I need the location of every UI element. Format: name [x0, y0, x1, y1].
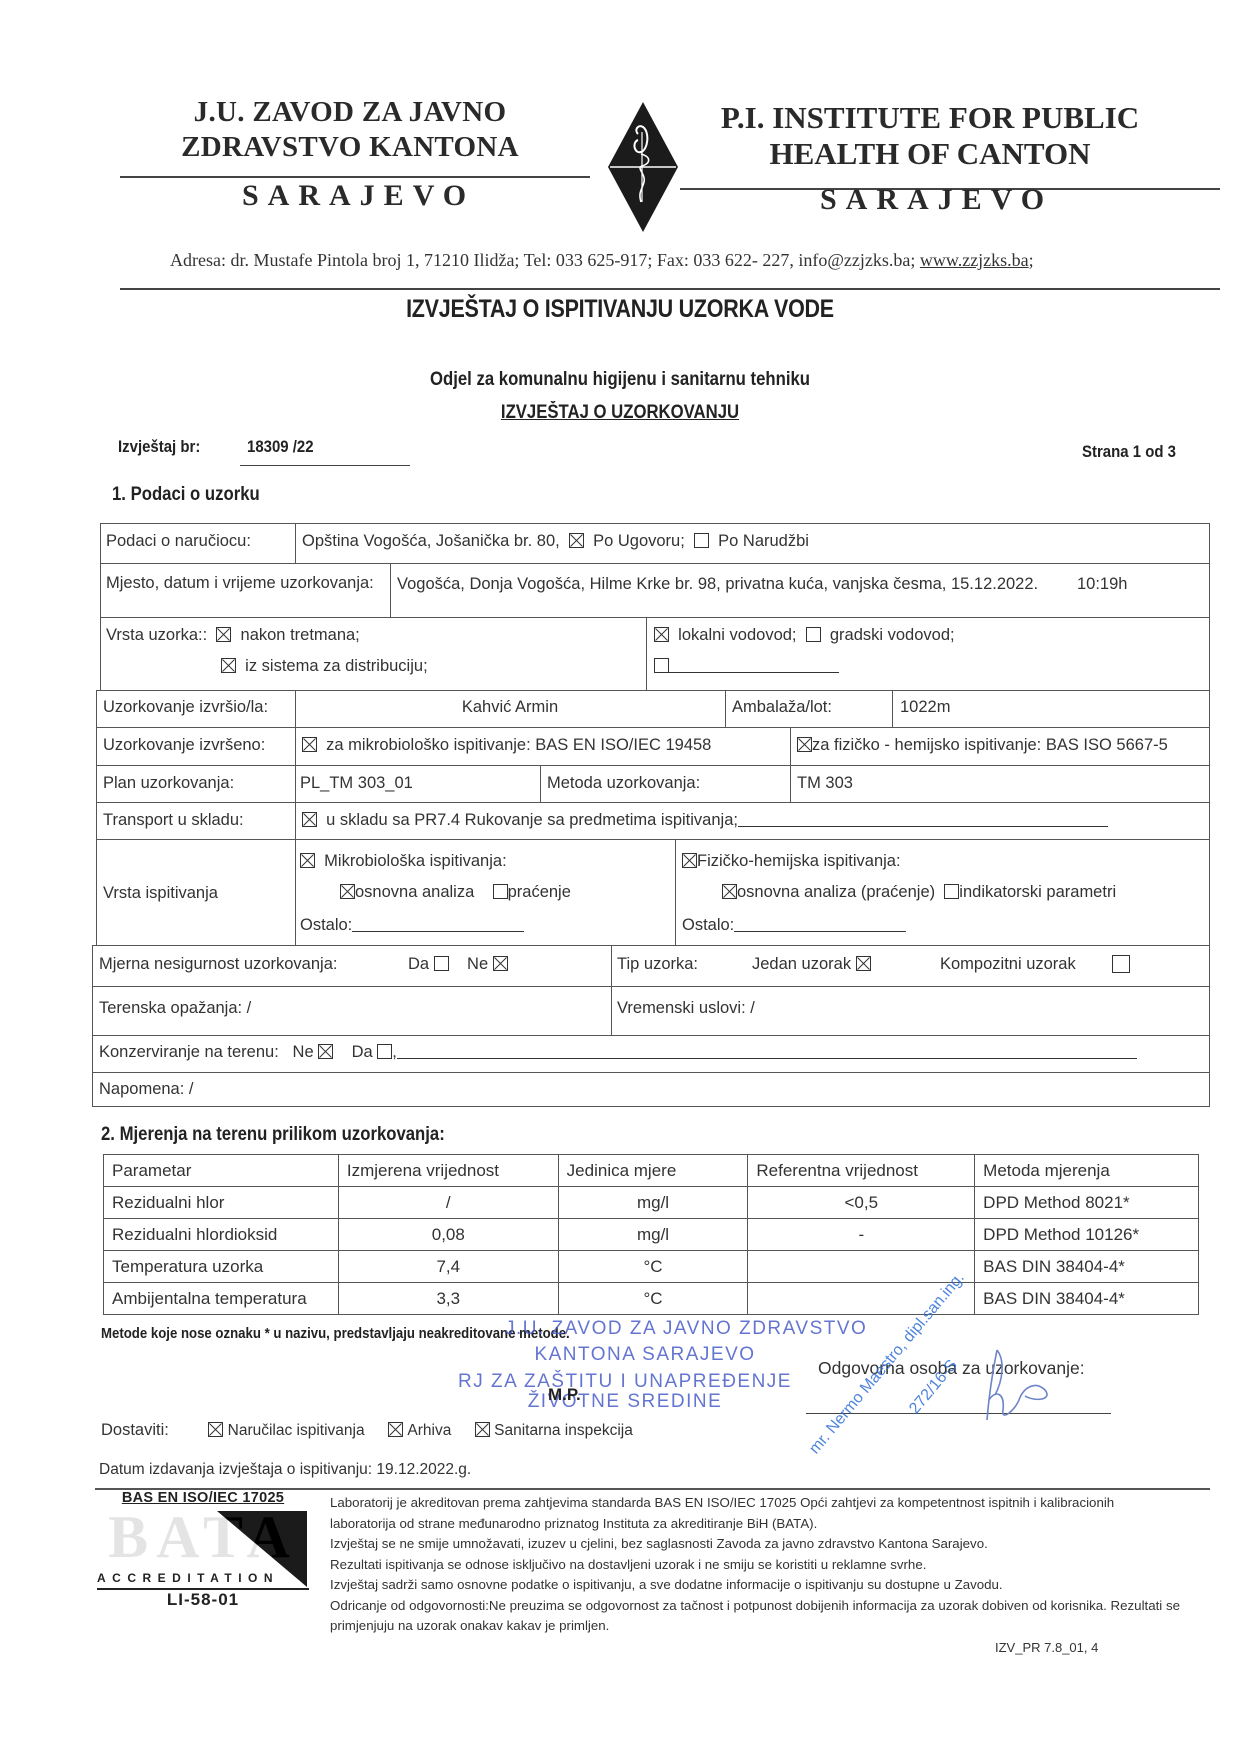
table-cell: <0,5	[748, 1187, 975, 1219]
client-value: Opština Vogošća, Jošanička br. 80, Po Ug…	[302, 532, 809, 551]
place-value: Vogošća, Donja Vogošća, Hilme Krke br. 9…	[397, 575, 1038, 594]
composite-checkbox-wrap	[1112, 955, 1130, 976]
table-cell: 7,4	[338, 1251, 558, 1283]
table-cell: 0,08	[338, 1219, 558, 1251]
table-row: Temperatura uzorka7,4°CBAS DIN 38404-4*	[104, 1251, 1199, 1283]
stamp-placeholder-mp: M.P.	[548, 1385, 581, 1405]
phys-other-field: Ostalo:	[682, 916, 906, 935]
checkbox-transport[interactable]	[302, 812, 317, 827]
water-supply-field: lokalni vodovod; gradski vodovod;	[654, 626, 955, 645]
legal-notice-line: Rezultati ispitivanja se odnose isključi…	[330, 1555, 1210, 1576]
website-suffix: ;	[1029, 250, 1034, 270]
institution-stamp: J.U. ZAVOD ZA JAVNO ZDRAVSTVO KANTONA SA…	[465, 1318, 825, 1413]
uncertainty-no-label: Ne	[467, 955, 488, 973]
measurements-table: ParametarIzmjerena vrijednostJedinica mj…	[103, 1154, 1199, 1315]
checkbox-composite-sample[interactable]	[1112, 955, 1130, 973]
phys-tests-label: Fizičko-hemijska ispitivanja:	[697, 852, 901, 870]
stamp-line3: RJ ZA ZAŠTITU I UNAPREĐENJE	[425, 1371, 825, 1393]
table-cell: °C	[558, 1283, 748, 1315]
place-time: 10:19h	[1077, 575, 1127, 594]
right-city: SARAJEVO	[820, 183, 1053, 217]
option-lokalni-vodovod: lokalni vodovod;	[678, 626, 796, 644]
column-header: Jedinica mjere	[558, 1155, 748, 1187]
micro-tests-label: Mikrobiološka ispitivanja:	[324, 852, 507, 870]
checkbox-phys-indicator[interactable]	[944, 884, 959, 899]
stamp-line1: J.U. ZAVOD ZA JAVNO ZDRAVSTVO	[505, 1318, 825, 1340]
section1-heading: 1. Podaci o uzorku	[112, 484, 260, 506]
sampling-micro-field: za mikrobiološko ispitivanje: BAS EN ISO…	[302, 736, 711, 755]
checkbox-micro-sampling[interactable]	[302, 737, 317, 752]
note: Napomena: /	[99, 1080, 193, 1099]
micro-other-label: Ostalo:	[300, 916, 352, 934]
report-number-underline	[240, 465, 410, 466]
left-city: SARAJEVO	[242, 179, 475, 213]
micro-tests-field: Mikrobiološka ispitivanja:	[300, 852, 507, 871]
option-gradski-vodovod: gradski vodovod;	[830, 626, 955, 644]
table-cell: /	[338, 1187, 558, 1219]
option-phys-basic: osnovna analiza (praćenje)	[737, 883, 935, 901]
bata-wordmark: BATA	[97, 1503, 309, 1572]
institution-name-line2: ZDRAVSTVO KANTONA	[150, 130, 550, 165]
transport-value: u skladu sa PR7.4 Rukovanje sa predmetim…	[326, 811, 738, 829]
phys-other-input[interactable]	[734, 917, 906, 932]
divider	[540, 765, 541, 803]
checkbox-single-sample[interactable]	[856, 956, 871, 971]
plan-label: Plan uzorkovanja:	[103, 774, 234, 793]
bata-mark: BATA	[97, 1509, 309, 1565]
option-micro-basic: osnovna analiza	[355, 883, 474, 901]
plan-value: PL_TM 303_01	[300, 774, 413, 793]
report-number: 18309 /22	[247, 437, 314, 457]
table-cell: DPD Method 10126*	[975, 1219, 1199, 1251]
divider	[611, 945, 612, 987]
delivery-row: Dostaviti: Naručilac ispitivanja Arhiva …	[101, 1421, 633, 1440]
water-supply-other	[654, 657, 839, 676]
phys-tests-field: Fizičko-hemijska ispitivanja:	[682, 852, 901, 871]
institution-name-line1: J.U. ZAVOD ZA JAVNO	[150, 95, 550, 130]
divider	[390, 563, 391, 618]
phys-options: osnovna analiza (praćenje) indikatorski …	[722, 883, 1116, 902]
report-subtitle: IZVJEŠTAJ O UZORKOVANJU	[74, 402, 1165, 424]
sample-type-label: Vrsta uzorka::	[106, 626, 207, 644]
package-label: Ambalaža/lot:	[732, 698, 832, 717]
uncertainty-options: Da Ne	[408, 955, 508, 974]
address-text: Adresa: dr. Mustafe Pintola broj 1, 7121…	[170, 250, 920, 270]
delivery-label: Dostaviti:	[101, 1421, 169, 1439]
table-cell: Rezidualni hlor	[104, 1187, 339, 1219]
legal-notice-line: Izvještaj sadrži samo osnovne podatke o …	[330, 1575, 1210, 1596]
option-po-narudzbi: Po Narudžbi	[718, 532, 809, 550]
checkbox-micro-tests[interactable]	[300, 853, 315, 868]
institution-name-en-line1: P.I. INSTITUTE FOR PUBLIC	[690, 100, 1170, 136]
sampling-micro-text: za mikrobiološko ispitivanje: BAS EN ISO…	[326, 736, 711, 754]
transport-extra-input[interactable]	[738, 812, 1108, 827]
legal-notice-line: Laboratorij je akreditovan prema zahtjev…	[330, 1493, 1210, 1514]
divider	[295, 523, 296, 564]
sampler-value: Kahvić Armin	[295, 698, 725, 717]
transport-field: u skladu sa PR7.4 Rukovanje sa predmetim…	[302, 811, 1108, 830]
place-label: Mjesto, datum i vrijeme uzorkovanja:	[106, 574, 374, 593]
checkbox-phys-sampling[interactable]	[797, 737, 812, 752]
note-row	[92, 1072, 1210, 1107]
deliver-inspection: Sanitarna inspekcija	[494, 1422, 633, 1439]
table-cell: Ambijentalna temperatura	[104, 1283, 339, 1315]
table-cell: °C	[558, 1251, 748, 1283]
checkbox-po-ugovoru[interactable]	[569, 533, 584, 548]
deliver-archive: Arhiva	[407, 1422, 451, 1439]
report-number-label: Izvještaj br:	[118, 437, 200, 457]
legal-notice-line: primjenjuju na uzorak onakav kakav je pr…	[330, 1616, 1210, 1637]
table-cell: -	[748, 1219, 975, 1251]
table-cell: mg/l	[558, 1187, 748, 1219]
divider	[725, 690, 726, 728]
column-header: Referentna vrijednost	[748, 1155, 975, 1187]
table-row: Ambijentalna temperatura3,3°CBAS DIN 384…	[104, 1283, 1199, 1315]
institution-name-en-line2: HEALTH OF CANTON	[690, 136, 1170, 172]
institution-name-en: P.I. INSTITUTE FOR PUBLIC HEALTH OF CANT…	[690, 100, 1170, 172]
divider	[892, 690, 893, 728]
client-name: Opština Vogošća, Jošanička br. 80,	[302, 532, 560, 550]
divider	[295, 839, 296, 946]
header-rule-left	[120, 176, 590, 178]
test-type-label: Vrsta ispitivanja	[103, 884, 218, 903]
legal-notice-line: laboratorija od strane međunarodno prizn…	[330, 1514, 1210, 1535]
checkbox-micro-basic[interactable]	[340, 884, 355, 899]
micro-other-field: Ostalo:	[300, 916, 524, 935]
checkbox-deliver-archive[interactable]	[388, 1422, 403, 1437]
preservation-field: Konzerviranje na terenu: Ne Da ,	[99, 1043, 1137, 1062]
checkbox-other-supply[interactable]	[654, 658, 669, 673]
contact-address: Adresa: dr. Mustafe Pintola broj 1, 7121…	[170, 250, 1034, 271]
website-link[interactable]: www.zzjzks.ba	[920, 250, 1029, 270]
issue-date: Datum izdavanja izvještaja o ispitivanju…	[99, 1461, 471, 1479]
table-cell: BAS DIN 38404-4*	[975, 1283, 1199, 1315]
address-rule	[120, 288, 1220, 290]
divider	[790, 765, 791, 803]
option-phys-indicator: indikatorski parametri	[959, 883, 1116, 901]
micro-options: osnovna analiza praćenje	[340, 883, 571, 902]
phys-other-label: Ostalo:	[682, 916, 734, 934]
legal-notice-line: Izvještaj se ne smije umnožavati, izuzev…	[330, 1534, 1210, 1555]
checkbox-deliver-inspection[interactable]	[475, 1422, 490, 1437]
checkbox-uncertainty-yes[interactable]	[434, 956, 449, 971]
institution-name-bs: J.U. ZAVOD ZA JAVNO ZDRAVSTVO KANTONA	[150, 95, 550, 165]
form-code: IZV_PR 7.8_01, 4	[995, 1640, 1098, 1655]
sample-type-field-2: iz sistema za distribuciju;	[221, 657, 428, 676]
method-value: TM 303	[797, 774, 853, 793]
sample-kind-single: Jedan uzorak	[752, 955, 851, 973]
sampler-label: Uzorkovanje izvršio/la:	[103, 698, 268, 717]
sample-kind-composite: Kompozitni uzorak	[940, 955, 1076, 974]
divider	[295, 727, 296, 766]
checkbox-phys-basic[interactable]	[722, 884, 737, 899]
institute-logo-icon	[608, 102, 678, 232]
table-cell: mg/l	[558, 1219, 748, 1251]
checkbox-micro-monitoring[interactable]	[493, 884, 508, 899]
table-cell: Temperatura uzorka	[104, 1251, 339, 1283]
checkbox-iz-sistema[interactable]	[221, 658, 236, 673]
uncertainty-label: Mjerna nesigurnost uzorkovanja:	[99, 955, 337, 974]
divider	[790, 727, 791, 766]
stamp-line2: KANTONA SARAJEVO	[465, 1344, 825, 1366]
table-header-row: ParametarIzmjerena vrijednostJedinica mj…	[104, 1155, 1199, 1187]
legal-notice-line: Odricanje od odgovornosti:Ne preuzima se…	[330, 1596, 1210, 1617]
checkbox-preservation-yes[interactable]	[377, 1044, 392, 1059]
handwritten-signature-icon	[975, 1340, 1065, 1430]
deliver-client: Naručilac ispitivanja	[228, 1422, 365, 1439]
column-header: Parametar	[104, 1155, 339, 1187]
table-cell: Rezidualni hlordioksid	[104, 1219, 339, 1251]
stamp-line4: ŽIVOTNE SREDINE	[425, 1391, 825, 1413]
method-label: Metoda uzorkovanja:	[547, 774, 700, 793]
transport-label: Transport u skladu:	[103, 811, 244, 830]
table-cell	[748, 1251, 975, 1283]
divider	[611, 986, 612, 1036]
page-indicator: Strana 1 od 3	[1082, 442, 1176, 462]
checkbox-nakon-tretmana[interactable]	[216, 627, 231, 642]
package-value: 1022m	[900, 698, 950, 717]
sample-kind-single-field: Jedan uzorak	[752, 955, 871, 974]
sampling-phys-text: za fizičko - hemijsko ispitivanje: BAS I…	[812, 736, 1168, 754]
micro-other-input[interactable]	[352, 917, 524, 932]
sample-kind-label: Tip uzorka:	[617, 955, 698, 974]
accreditation-logo: BAS EN ISO/IEC 17025 BATA ACCREDITATION …	[97, 1490, 309, 1610]
department-name: Odjel za komunalnu higijenu i sanitarnu …	[74, 369, 1165, 391]
checkbox-po-narudzbi[interactable]	[694, 533, 709, 548]
checkbox-uncertainty-no[interactable]	[493, 956, 508, 971]
sample-type-field: Vrsta uzorka:: nakon tretmana;	[106, 626, 360, 645]
uncertainty-yes-label: Da	[408, 955, 429, 973]
option-iz-sistema: iz sistema za distribuciju;	[245, 657, 427, 675]
table-cell: BAS DIN 38404-4*	[975, 1251, 1199, 1283]
divider	[646, 617, 647, 691]
table-cell: 3,3	[338, 1283, 558, 1315]
sampling-phys-field: za fizičko - hemijsko ispitivanje: BAS I…	[797, 736, 1168, 755]
table-row: Rezidualni hlordioksid0,08mg/l-DPD Metho…	[104, 1219, 1199, 1251]
sampling-done-label: Uzorkovanje izvršeno:	[103, 736, 265, 755]
legal-notice: Laboratorij je akreditovan prema zahtjev…	[330, 1493, 1210, 1637]
checkbox-phys-tests[interactable]	[682, 853, 697, 868]
checkbox-lokalni-vodovod[interactable]	[654, 627, 669, 642]
checkbox-gradski-vodovod[interactable]	[806, 627, 821, 642]
report-title: IZVJEŠTAJ O ISPITIVANJU UZORKA VODE	[87, 295, 1153, 324]
table-row: Rezidualni hlor/mg/l<0,5DPD Method 8021*	[104, 1187, 1199, 1219]
column-header: Metoda mjerenja	[975, 1155, 1199, 1187]
column-header: Izmjerena vrijednost	[338, 1155, 558, 1187]
checkbox-preservation-no[interactable]	[318, 1044, 333, 1059]
divider	[295, 765, 296, 803]
checkbox-deliver-client[interactable]	[208, 1422, 223, 1437]
section2-heading: 2. Mjerenja na terenu prilikom uzorkovan…	[101, 1124, 445, 1146]
other-supply-input[interactable]	[669, 658, 839, 673]
weather-conditions: Vremenski uslovi: /	[617, 999, 755, 1018]
option-nakon-tretmana: nakon tretmana;	[241, 626, 360, 644]
preservation-detail-input[interactable]	[397, 1044, 1137, 1059]
table-cell: DPD Method 8021*	[975, 1187, 1199, 1219]
preservation-no-label: Ne	[293, 1043, 314, 1061]
option-po-ugovoru: Po Ugovoru;	[593, 532, 685, 550]
accreditation-code: LI-58-01	[97, 1590, 309, 1610]
client-label: Podaci o naručiocu:	[106, 532, 251, 551]
divider	[295, 802, 296, 840]
divider	[675, 839, 676, 946]
option-micro-monitoring: praćenje	[508, 883, 571, 901]
preservation-yes-label: Da	[352, 1043, 373, 1061]
preservation-label: Konzerviranje na terenu:	[99, 1043, 279, 1061]
field-observations: Terenska opažanja: /	[99, 999, 251, 1018]
